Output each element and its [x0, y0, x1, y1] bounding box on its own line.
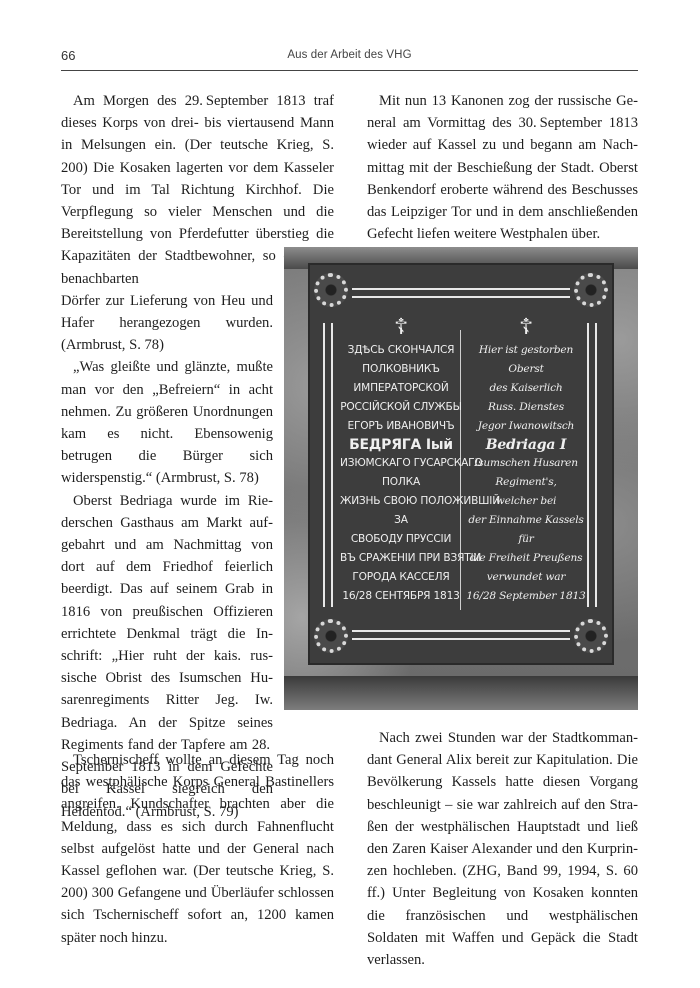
bottom-ledge: [284, 676, 638, 710]
inscription-line: Regiment's,: [465, 473, 587, 492]
inscription-line: РОССІЙСКОЙ СЛУЖБЫ: [340, 398, 462, 417]
paragraph-capitulation: Nach zwei Stunden war der Stadtkomman­da…: [367, 727, 638, 971]
inscription-line: Oberst: [465, 360, 587, 379]
inscription-line: ПОЛКА: [340, 473, 462, 492]
inscription-line: 16/28 СЕНТЯБРЯ 1813: [340, 587, 462, 606]
inscription-line: Jegor Iwanowitsch: [465, 417, 587, 436]
memorial-plaque-photo: ☦ ЗДѢСЬ СКОНЧАЛСЯ ПОЛКОВНИКЪ ИМПЕРАТОРСК…: [284, 247, 638, 710]
inscription-line: für: [465, 530, 587, 549]
inscription-line: ЖИЗНЬ СВОЮ ПОЛОЖИВШІЙ: [340, 492, 462, 511]
inscription-line: ИМПЕРАТОРСКОЙ: [340, 379, 462, 398]
inscription-line: ЗА: [340, 511, 462, 530]
right-column-top: Mit nun 13 Kanonen zog der russische Ge­…: [367, 90, 638, 245]
left-column-bottom: Tschernischeff wollte an diesem Tag noch…: [61, 749, 334, 949]
inscription-line: die Freiheit Preußens: [465, 549, 587, 568]
inscription-line: Russ. Dienstes: [465, 398, 587, 417]
orthodox-cross-icon: ☦: [340, 317, 462, 339]
inscription-line: ИЗЮМСКАГО ГУСАРСКАГО: [340, 454, 462, 473]
paragraph-tschernischeff: Tschernischeff wollte an diesem Tag noch…: [61, 749, 334, 949]
paragraph-morning-29-sept-cont: Dörfer zur Lieferung von Heu und Hafer h…: [61, 290, 273, 357]
bottom-stripes: [352, 627, 570, 645]
paragraph-13-kanonen: Mit nun 13 Kanonen zog der russische Ge­…: [367, 90, 638, 245]
inscription-line: der Einnahme Kassels: [465, 511, 587, 530]
left-stripes: [320, 323, 338, 607]
inscription-line: Bedriaga I: [465, 436, 587, 455]
inscription-line: 16/28 September 1813: [465, 587, 587, 606]
header-rule: [61, 70, 638, 71]
inscription-line: БЕДРЯГА Iый: [340, 436, 462, 455]
running-head: 66 Aus der Arbeit des VHG: [61, 48, 638, 70]
inscription-line: Hier ist gestorben: [465, 341, 587, 360]
inscription-line: ПОЛКОВНИКЪ: [340, 360, 462, 379]
inscription-line: welcher bei: [465, 492, 587, 511]
inscription-german: ☦ Hier ist gestorben Oberst des Kaiserli…: [465, 317, 587, 606]
inscription-line: ГОРОДА КАССЕЛЯ: [340, 568, 462, 587]
inscription-line: Isumschen Husaren: [465, 454, 587, 473]
inscription-line: des Kaiserlich: [465, 379, 587, 398]
paragraph-quote-befreier: „Was gleißte und glänzte, muß­te man vor…: [61, 356, 273, 489]
inscription-line: ЗДѢСЬ СКОНЧАЛСЯ: [340, 341, 462, 360]
plaque: ☦ ЗДѢСЬ СКОНЧАЛСЯ ПОЛКОВНИКЪ ИМПЕРАТОРСК…: [310, 265, 612, 663]
document-page: 66 Aus der Arbeit des VHG Am Morgen des …: [0, 0, 700, 988]
wreath-icon-top-right: [574, 273, 608, 307]
wreath-icon-bottom-left: [314, 619, 348, 653]
inscription-line: verwundet war: [465, 568, 587, 587]
orthodox-cross-icon: ☦: [465, 317, 587, 339]
inscription-line: ВЪ СРАЖЕНІИ ПРИ ВЗЯТІИ: [340, 549, 462, 568]
right-column-bottom: Nach zwei Stunden war der Stadtkomman­da…: [367, 727, 638, 971]
running-title: Aus der Arbeit des VHG: [61, 49, 638, 61]
top-stripes: [352, 285, 570, 303]
wreath-icon-top-left: [314, 273, 348, 307]
inscription-line: СВОБОДУ ПРУССІИ: [340, 530, 462, 549]
inscription-russian: ☦ ЗДѢСЬ СКОНЧАЛСЯ ПОЛКОВНИКЪ ИМПЕРАТОРСК…: [340, 317, 462, 606]
inscription-line: ЕГОРЪ ИВАНОВИЧЪ: [340, 417, 462, 436]
wreath-icon-bottom-right: [574, 619, 608, 653]
